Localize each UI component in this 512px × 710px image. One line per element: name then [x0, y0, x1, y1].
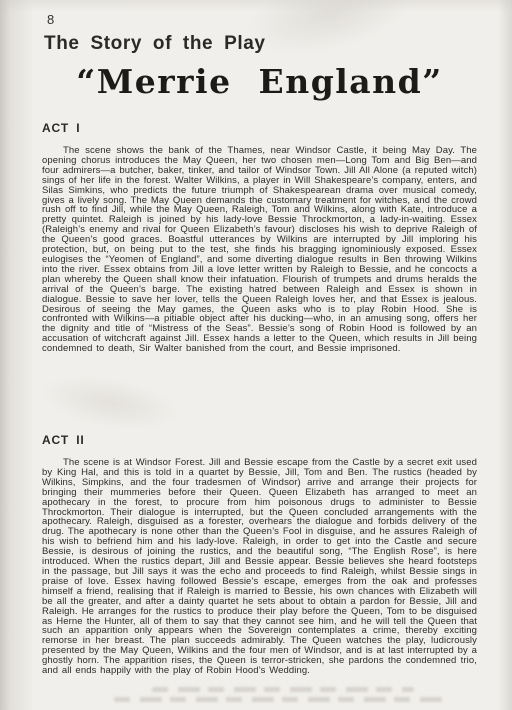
act-2-heading: ACT II — [42, 433, 477, 447]
scanned-programme-page: 8 The Story of the Play “Merrie England”… — [0, 0, 512, 710]
play-title: “Merrie England” — [42, 62, 477, 101]
section-heading: The Story of the Play — [44, 33, 266, 55]
left-edge-shadow — [0, 0, 34, 710]
act-1-heading: ACT I — [42, 121, 477, 135]
paper-crease-top — [238, 0, 421, 69]
act-1-section: ACT I The scene shows the bank of the Th… — [42, 121, 477, 354]
paper-crease-middle — [37, 366, 184, 440]
bleed-through-text-row — [114, 697, 448, 702]
page-number: 8 — [47, 12, 54, 27]
right-edge-shadow — [498, 0, 512, 710]
act-1-synopsis: The scene shows the bank of the Thames, … — [42, 146, 477, 354]
act-2-section: ACT II The scene is at Windsor Forest. J… — [42, 433, 477, 676]
bleed-through-text-row — [152, 687, 414, 692]
top-edge-shadow — [0, 0, 512, 12]
act-2-synopsis: The scene is at Windsor Forest. Jill and… — [42, 458, 477, 676]
